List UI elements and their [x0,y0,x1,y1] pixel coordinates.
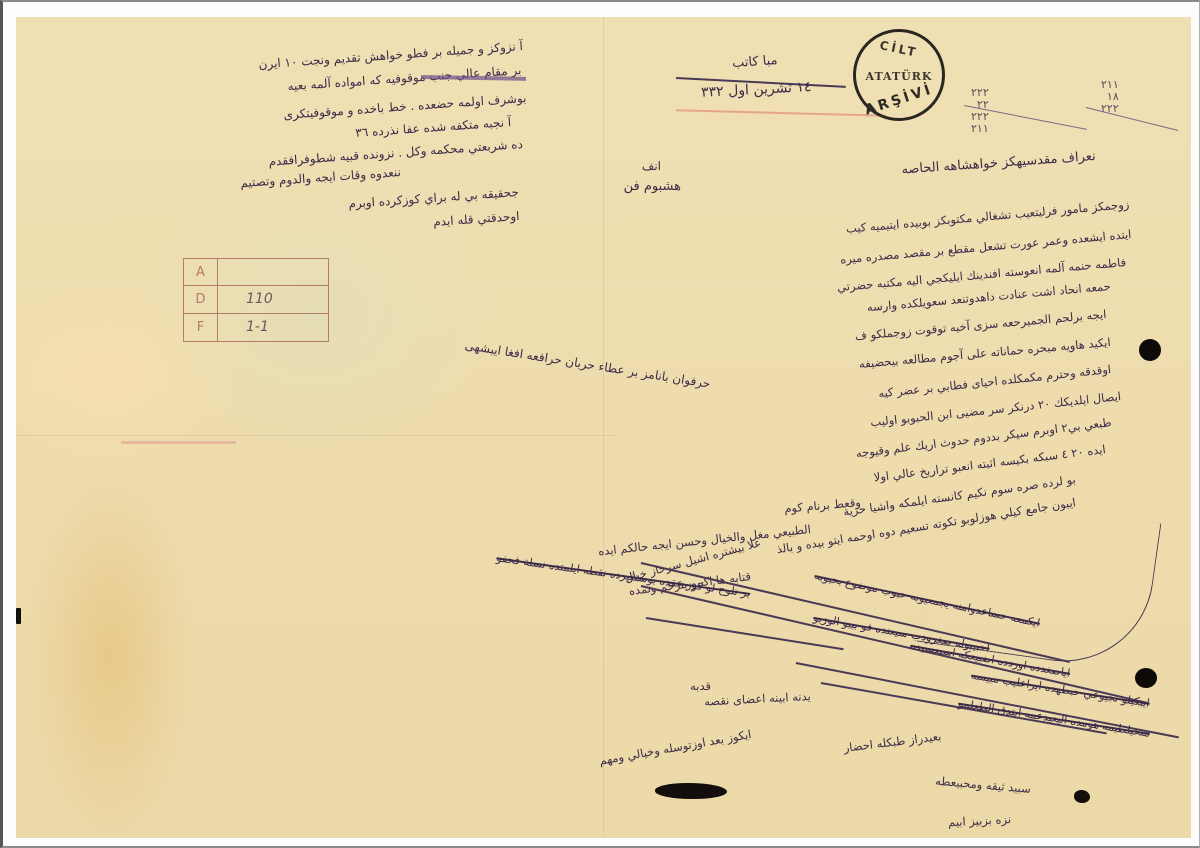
pink-mark [121,441,236,444]
adf-value-d: 110 [218,286,328,313]
horizontal-fold-line [16,435,616,436]
header-date: ١٤ تشرين اول ٣٣٢ [700,79,811,101]
header-line: مبا كاتب [732,53,778,71]
ink-blot-bottom [655,783,727,799]
document-paper: CİLT ATATÜRK ARŞİVİ مبا كاتب ١٤ تشرين او… [16,17,1191,838]
reference-box-adf: A D 110 F 1-1 [183,258,329,342]
closing-line-4: ايكوز بعد اوزتوسله وخيالي ومهم [598,727,752,768]
punch-hole-upper [1139,339,1161,361]
ref-numbers-left: ٢٢٢ ٢٢ ٢٢٢ ٢١١ [971,87,989,135]
adf-key-d: D [184,286,218,313]
archive-stamp: CİLT ATATÜRK ARŞİVİ [853,29,945,121]
long-diagonal-line: حرفوان بانامز بر عطاء حربان حرافعه افغا … [464,338,711,391]
adf-key-a: A [184,259,218,286]
punch-hole-lower [1135,668,1157,688]
left-block-line-7: جحقيقه بي له براي كوزكرده اوبرم [348,185,519,211]
closing-line-2: يدنه ابينه اعضاى نقصه [704,689,811,709]
ink-blot-small [1074,790,1090,803]
closing-line-6: نزه بزبيز ابيم [948,812,1012,829]
adf-value-a [218,259,328,286]
adf-key-f: F [184,314,218,341]
ref-rule-right [1086,107,1178,131]
ref-numbers-right: ٢١١ ١٨ ٢٢٢ [1101,79,1119,115]
edge-mark [16,608,21,624]
closing-line-5: سبيد ثيقه ومحبيعطه [935,774,1032,796]
closing-line-1: قدبه [690,679,711,693]
salutation-top: انف [642,159,661,173]
left-block-line-6: ننعدوه وقات ايجه والدوم وتصتيم [240,165,401,190]
left-block-line-4: آ نجبه متكفه شده عفا نذرده ٣٦ [355,115,512,140]
stamp-top-text: CİLT [855,33,942,65]
salutation-line: نعراف مقدسيهكز خواهشاهه الحاصه [901,149,1096,178]
header-underline-red [676,109,886,116]
closing-line-3: بعيدراز طبكله احضار [843,729,942,755]
adf-value-f: 1-1 [218,314,328,341]
image-frame: CİLT ATATÜRK ARŞİVİ مبا كاتب ١٤ تشرين او… [0,0,1200,848]
salutation-sub: هشبوم فن [624,179,681,194]
stamp-bottom-text: ARŞİVİ [856,79,943,121]
vertical-fold-line [603,17,604,838]
left-block-line-8: اوحدقتي قله ايدم [432,209,519,229]
left-block-line-5: ده شربعتي محكمه وكل . نزونده قبيه شطوفرا… [268,137,523,169]
